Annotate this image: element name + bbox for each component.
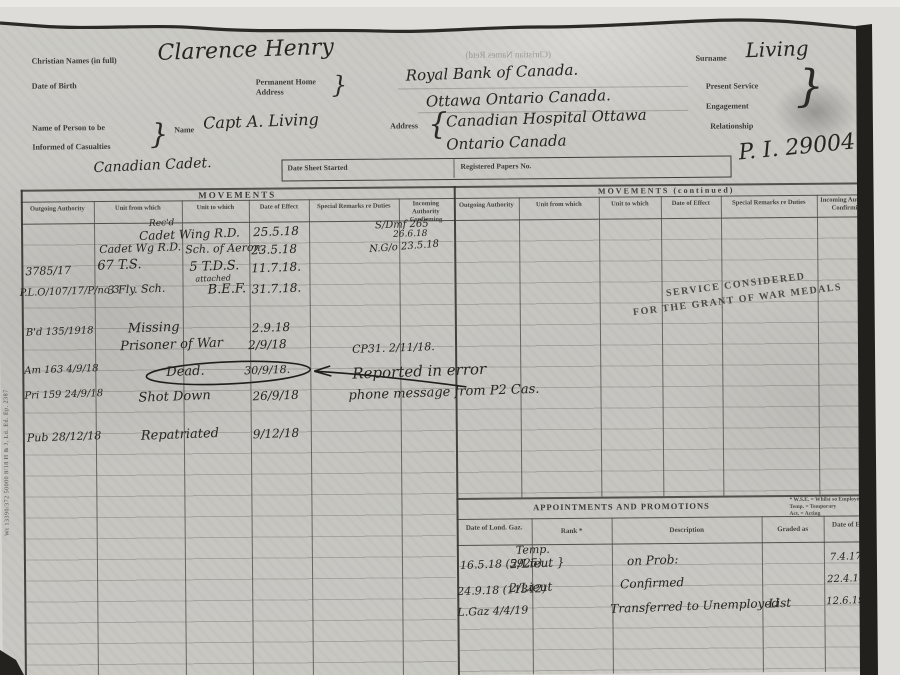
col-outgoing-authority: Outgoing Authority (23, 205, 92, 214)
appt-r2-desc: Confirmed (620, 576, 684, 590)
entry-r3-to: 5 T.D.S. (189, 259, 239, 274)
entry-r9-outgoing: Pub 28/12/18 (27, 430, 102, 444)
col-incoming-authority-r: Incoming Authority Confirming (817, 196, 879, 213)
col-graded-as: Graded as (764, 525, 822, 534)
person-informed-label-2: Informed of Casualties (32, 142, 110, 152)
col-special-remarks: Special Remarks re Duties (311, 202, 397, 211)
date-sheet-started-label: Date Sheet Started (287, 163, 347, 173)
entry-r1-incoming2: 26.6.18 (393, 230, 428, 240)
entry-r8-date: 26/9/18 (252, 389, 299, 403)
registered-papers-label: Registered Papers No. (460, 161, 531, 171)
appt-r1-rank-top: Temp. (516, 544, 550, 556)
appt-r1-rank: 2/Lieut } (510, 556, 565, 570)
surname-label: Surname (696, 54, 727, 64)
col-unit-to-r: Unit to which (601, 200, 659, 209)
entry-r5-to: Missing (128, 321, 180, 336)
entry-r4-to: B.E.F. (207, 282, 246, 296)
col-date-effect-r: Date of Effect (663, 200, 719, 209)
entry-r3-outgoing: 3785/17 (25, 265, 71, 278)
entry-r2-from: Cadet Wg R.D. (99, 241, 181, 255)
entry-r9-date: 9/12/18 (253, 427, 300, 441)
casualty-address-line2: Ontario Canada (446, 133, 567, 152)
name-label: Name (174, 125, 194, 135)
col-unit-to: Unit to which (184, 204, 247, 213)
appt-r1-desc: on Prob: (627, 553, 679, 567)
entry-r9-to: Repatriated (141, 427, 220, 443)
col-date-effect: Date of Effect (251, 203, 307, 212)
present-service-label: Present Service (706, 81, 759, 91)
scanned-service-record: (Christian Names Retd) Christian Names (… (0, 0, 900, 675)
entry-r1-date: 25.5.18 (253, 225, 299, 239)
col-special-remarks-r: Special Remarks re Duties (723, 199, 815, 208)
entry-r1-to: Cadet Wing R.D. (139, 227, 240, 243)
col-date-lond-gaz: Date of Lond. Gaz. (459, 523, 530, 532)
entry-r6-to: Prisoner of War (120, 337, 223, 354)
entry-r4-date: 31.7.18. (251, 282, 301, 296)
person-name-value: Capt A. Living (203, 112, 319, 132)
col-rank: Rank * (534, 527, 610, 536)
entry-r8-to: Shot Down (138, 389, 211, 405)
casualty-address-label: Address (390, 121, 418, 131)
appt-r3-gaz: L.Gaz 4/4/19 (457, 604, 528, 617)
entry-r4-from: 3 Fly. Sch. (107, 283, 165, 296)
relationship-label: Relationship (710, 121, 753, 131)
appt-r2-effect: 22.4.18. (827, 574, 869, 585)
col-outgoing-authority-r: Outgoing Authority (456, 201, 517, 210)
entry-r6-date: 2/9/18 (248, 338, 287, 351)
appt-r3-graded: List (768, 597, 791, 610)
address-brace: } (332, 73, 347, 97)
col-unit-from-r: Unit from which (521, 201, 597, 210)
bleed-through-text: (Christian Names Retd) (465, 49, 551, 60)
appt-r1-effect: 7.4.17 (830, 552, 862, 563)
casualty-brace: { (428, 110, 447, 140)
permanent-home-address-label: Permanent Home Address (256, 77, 320, 97)
surname-value: Living (745, 38, 809, 60)
service-brace: } (796, 65, 824, 109)
entry-r6-incoming: CP31. 2/11/18. (352, 341, 435, 355)
date-of-birth-label: Date of Birth (32, 81, 77, 91)
col-unit-from: Unit from which (96, 204, 180, 213)
col-appt-date-effect: Date of Effect (826, 520, 880, 529)
person-informed-label-1: Name of Person to be (32, 123, 105, 133)
person-brace: } (150, 120, 168, 148)
entry-r3-from: 67 T.S. (97, 258, 142, 273)
entry-r3-date: 11.7.18. (251, 261, 301, 275)
christian-names-value: Clarence Henry (157, 37, 334, 65)
christian-names-label: Christian Names (in full) (32, 56, 117, 66)
entry-r5-date: 2.9.18 (252, 321, 291, 334)
entry-r7-to: Dead. (166, 365, 205, 379)
appt-r2-rank: 2/Lieut (509, 581, 553, 594)
appt-r3-effect: 12.6.19. (826, 596, 868, 607)
entry-r2-date: 23.5.18 (251, 243, 297, 257)
col-description: Description (614, 525, 760, 535)
engagement-label: Engagement (706, 101, 749, 111)
entry-r7-date: 30/9/18. (244, 364, 290, 377)
